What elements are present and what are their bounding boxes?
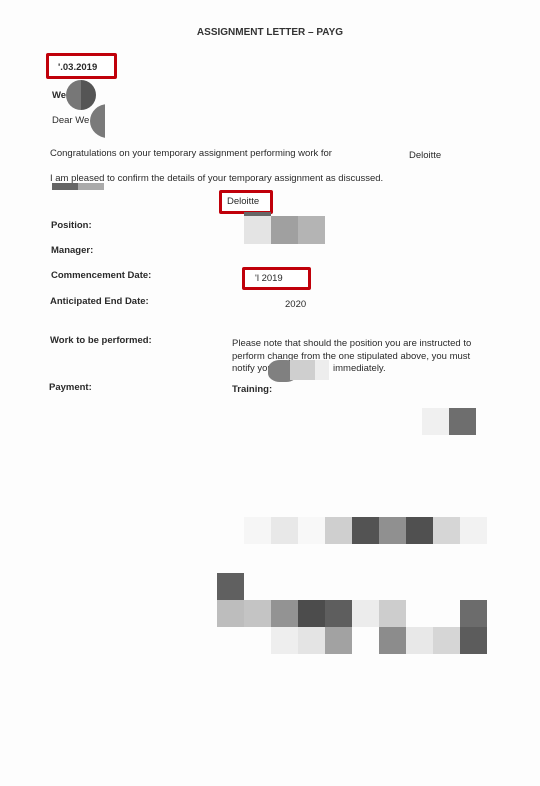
redaction-pixel — [352, 600, 379, 627]
redaction-pixel — [460, 517, 487, 544]
redaction-pixel — [352, 517, 379, 544]
redaction-pixel — [325, 517, 352, 544]
redaction-pixel — [460, 600, 487, 627]
letter-date: '.03.2019 — [58, 62, 97, 73]
redaction-pixel — [460, 627, 487, 654]
redaction-pixel — [379, 627, 406, 654]
redaction-pixel — [217, 600, 244, 627]
redaction-pixels — [271, 216, 298, 244]
redaction-pixel — [379, 600, 406, 627]
work-note-line1: Please note that should the position you… — [232, 338, 471, 349]
position-label: Position: — [51, 220, 92, 231]
redaction-pixels — [244, 212, 271, 216]
redaction-blur — [52, 183, 104, 190]
redaction-pixel — [244, 600, 271, 627]
client-name: Deloitte — [409, 150, 441, 161]
client-highlight: Deloitte — [227, 196, 259, 207]
redaction-pixel — [217, 573, 244, 600]
redaction-pixels — [298, 216, 325, 244]
redaction-pixel — [406, 627, 433, 654]
redaction-blur — [290, 360, 315, 380]
commencement-label: Commencement Date: — [51, 270, 151, 281]
redaction-pixel — [271, 627, 298, 654]
redaction-pixel — [298, 517, 325, 544]
redaction-pixel — [449, 408, 476, 435]
work-note-line2: perform change from the one stipulated a… — [232, 351, 470, 362]
redaction-blur — [66, 80, 96, 110]
payment-label: Payment: — [49, 382, 92, 393]
commencement-value: 'l 2019 — [255, 273, 283, 284]
manager-label: Manager: — [51, 245, 93, 256]
redaction-pixel — [325, 600, 352, 627]
congrats-text: Congratulations on your temporary assign… — [50, 148, 332, 159]
redaction-pixel — [271, 600, 298, 627]
redaction-pixel — [298, 600, 325, 627]
redaction-pixel — [433, 627, 460, 654]
redaction-pixel — [271, 517, 298, 544]
redaction-pixels — [244, 216, 271, 244]
document-title: ASSIGNMENT LETTER – PAYG — [0, 27, 540, 38]
redaction-mask — [105, 100, 135, 140]
training-label: Training: — [232, 384, 272, 395]
redaction-pixel — [244, 517, 271, 544]
end-date-label: Anticipated End Date: — [50, 296, 149, 307]
salutation: Dear We — [52, 115, 89, 126]
recipient-name: We — [52, 90, 66, 101]
redaction-pixel — [433, 517, 460, 544]
redaction-pixel — [406, 517, 433, 544]
work-label: Work to be performed: — [50, 335, 152, 346]
redaction-blur — [315, 360, 329, 380]
redaction-pixel — [422, 408, 449, 435]
redaction-pixel — [325, 627, 352, 654]
end-date-value: 2020 — [285, 299, 306, 310]
redaction-pixel — [298, 627, 325, 654]
redaction-pixel — [379, 517, 406, 544]
work-note-line3b: immediately. — [333, 363, 386, 374]
